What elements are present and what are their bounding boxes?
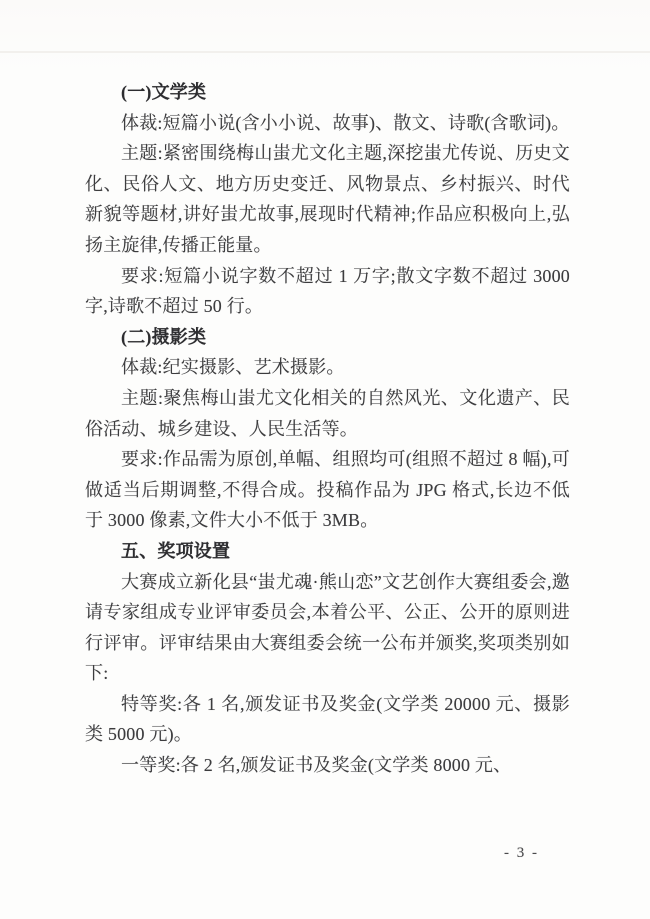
page-number: - 3 - <box>504 845 539 862</box>
paragraph-award-first: 一等奖:各 2 名,颁发证书及奖金(文学类 8000 元、 <box>85 750 570 781</box>
paragraph-literature-genre: 体裁:短篇小说(含小小说、故事)、散文、诗歌(含歌词)。 <box>85 108 570 139</box>
paragraph-photo-rules: 要求:作品需为原创,单幅、组照均可(组照不超过 8 幅),可做适当后期调整,不得… <box>85 444 570 536</box>
section-heading-photography: (二)摄影类 <box>85 322 570 353</box>
document-body: (一)文学类 体裁:短篇小说(含小小说、故事)、散文、诗歌(含歌词)。 主题:紧… <box>85 77 570 781</box>
section-heading-awards: 五、奖项设置 <box>85 536 570 567</box>
scan-artifact-line <box>0 51 650 53</box>
paragraph-awards-intro: 大赛成立新化县“蚩尤魂·熊山恋”文艺创作大赛组委会,邀请专家组成专业评审委员会,… <box>85 567 570 689</box>
paragraph-literature-rules: 要求:短篇小说字数不超过 1 万字;散文字数不超过 3000 字,诗歌不超过 5… <box>85 261 570 322</box>
paragraph-photo-theme: 主题:聚焦梅山蚩尤文化相关的自然风光、文化遗产、民俗活动、城乡建设、人民生活等。 <box>85 383 570 444</box>
scanned-document-page: (一)文学类 体裁:短篇小说(含小小说、故事)、散文、诗歌(含歌词)。 主题:紧… <box>0 0 650 919</box>
paragraph-award-special: 特等奖:各 1 名,颁发证书及奖金(文学类 20000 元、摄影类 5000 元… <box>85 689 570 750</box>
paragraph-photo-genre: 体裁:纪实摄影、艺术摄影。 <box>85 352 570 383</box>
section-heading-literature: (一)文学类 <box>85 77 570 108</box>
paragraph-literature-theme: 主题:紧密围绕梅山蚩尤文化主题,深挖蚩尤传说、历史文化、民俗人文、地方历史变迁、… <box>85 138 570 260</box>
